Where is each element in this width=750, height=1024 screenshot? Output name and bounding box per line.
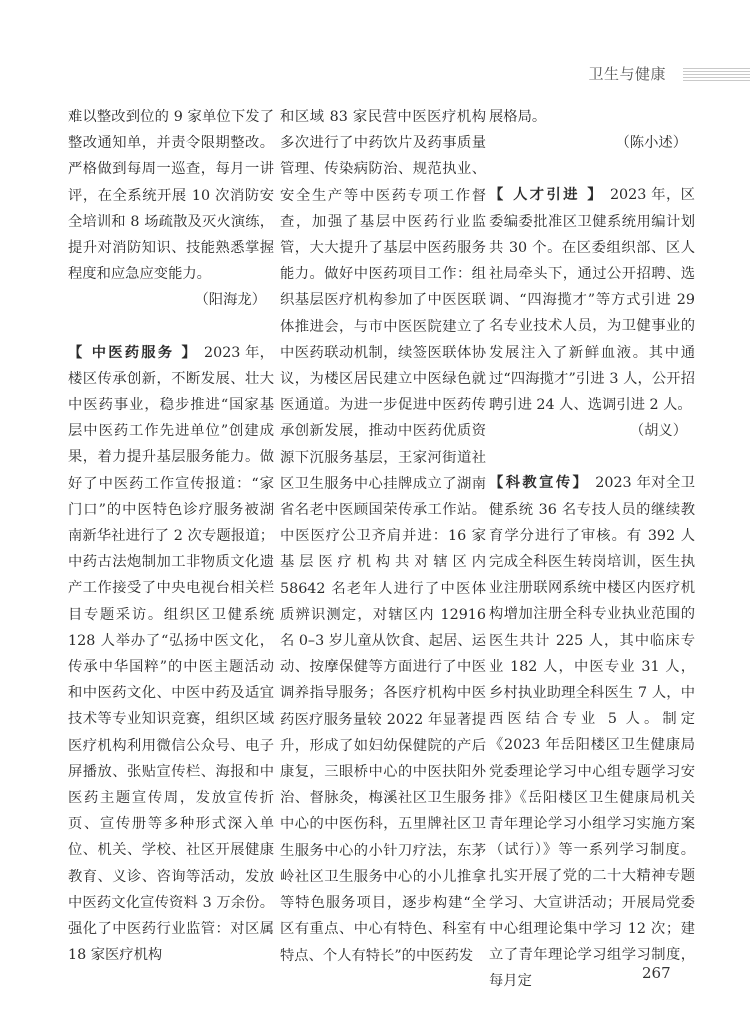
author-credit: （胡义） xyxy=(489,418,695,444)
section-body: 2023 年，区委编委批准区卫健系统用编计划共 30 个。在区委组织部、区人社局… xyxy=(489,187,695,413)
spacer xyxy=(68,314,274,340)
page-number: 267 xyxy=(642,964,671,982)
section-paragraph: 【 人才引进 】2023 年，区委编委批准区卫健系统用编计划共 30 个。在区委… xyxy=(489,182,695,418)
running-header: 卫生与健康 xyxy=(0,62,750,86)
header-stripes-decoration xyxy=(683,68,750,82)
section-body: 2023 年，楼区传承创新，不断发展、壮大中医药事业，稳步推进“国家基层中医药工… xyxy=(68,345,274,964)
paragraph: 和区域 83 家民营中医医疗机构多次进行了中药饮片及药事质量管理、传染病防治、规… xyxy=(280,104,486,969)
spacer xyxy=(489,156,695,182)
author-credit: （阳海龙） xyxy=(68,287,274,313)
section-paragraph: 【科教宣传】2023 年对全卫健系统 36 名专技人员的继续教育学分进行了审核。… xyxy=(489,470,695,994)
section-body: 2023 年对全卫健系统 36 名专技人员的继续教育学分进行了审核。有 392 … xyxy=(489,475,695,989)
section-heading: 【科教宣传】 xyxy=(489,475,589,491)
section-title: 卫生与健康 xyxy=(588,62,666,86)
section-paragraph: 【 中医药服务 】2023 年，楼区传承创新，不断发展、壮大中医药事业，稳步推进… xyxy=(68,340,274,969)
column-1: 难以整改到位的 9 家单位下发了整改通知单，并责令限期整改。严格做到每周一巡查，… xyxy=(68,104,274,969)
paragraph: 展格局。 xyxy=(489,104,695,130)
column-3: 展格局。 （陈小述） 【 人才引进 】2023 年，区委编委批准区卫健系统用编计… xyxy=(489,104,695,995)
section-heading: 【 中医药服务 】 xyxy=(68,345,198,361)
paragraph: 难以整改到位的 9 家单位下发了整改通知单，并责令限期整改。严格做到每周一巡查，… xyxy=(68,104,274,287)
author-credit: （陈小述） xyxy=(489,130,695,156)
spacer xyxy=(489,444,695,470)
section-heading: 【 人才引进 】 xyxy=(489,187,604,203)
column-2: 和区域 83 家民营中医医疗机构多次进行了中药饮片及药事质量管理、传染病防治、规… xyxy=(280,104,486,969)
